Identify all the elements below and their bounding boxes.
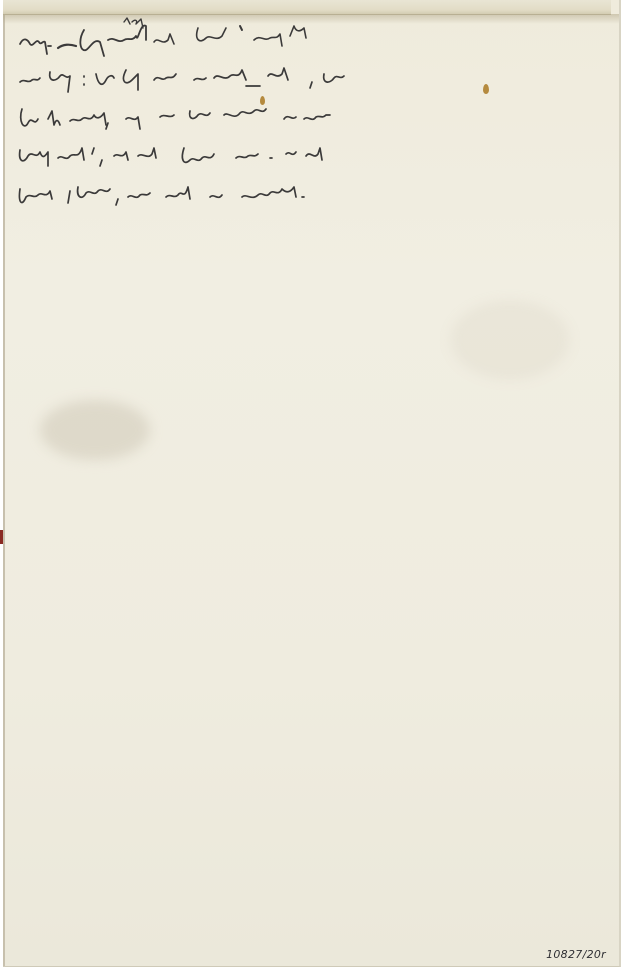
handwriting-strokes	[14, 62, 614, 101]
folded-page-edge	[3, 0, 611, 15]
paper-stain	[450, 300, 570, 380]
shorthand-line-2: [shorthand]: [shorthand] ... [shorthand]…	[14, 62, 614, 101]
shorthand-text-block: [shorthand] ... [shorthand] ... [shortha…	[14, 18, 614, 218]
shorthand-line-5: [shorthand] / [shorthand], [shorthand] .…	[14, 179, 614, 218]
handwriting-strokes	[14, 101, 614, 140]
shorthand-line-1: [shorthand] ... [shorthand] ... [shortha…	[14, 18, 614, 62]
handwriting-strokes	[14, 179, 614, 218]
edge-mark	[0, 530, 3, 544]
shorthand-line-3: [shorthand] ... [shorthand], [shorthand]…	[14, 101, 614, 140]
handwriting-strokes	[14, 18, 614, 62]
shorthand-line-4: [shorthand] ... [shorthand], [shorthand]…	[14, 140, 614, 179]
catalog-number: 10827/20r	[546, 948, 606, 961]
handwriting-strokes	[14, 140, 614, 179]
paper-stain	[40, 400, 150, 460]
